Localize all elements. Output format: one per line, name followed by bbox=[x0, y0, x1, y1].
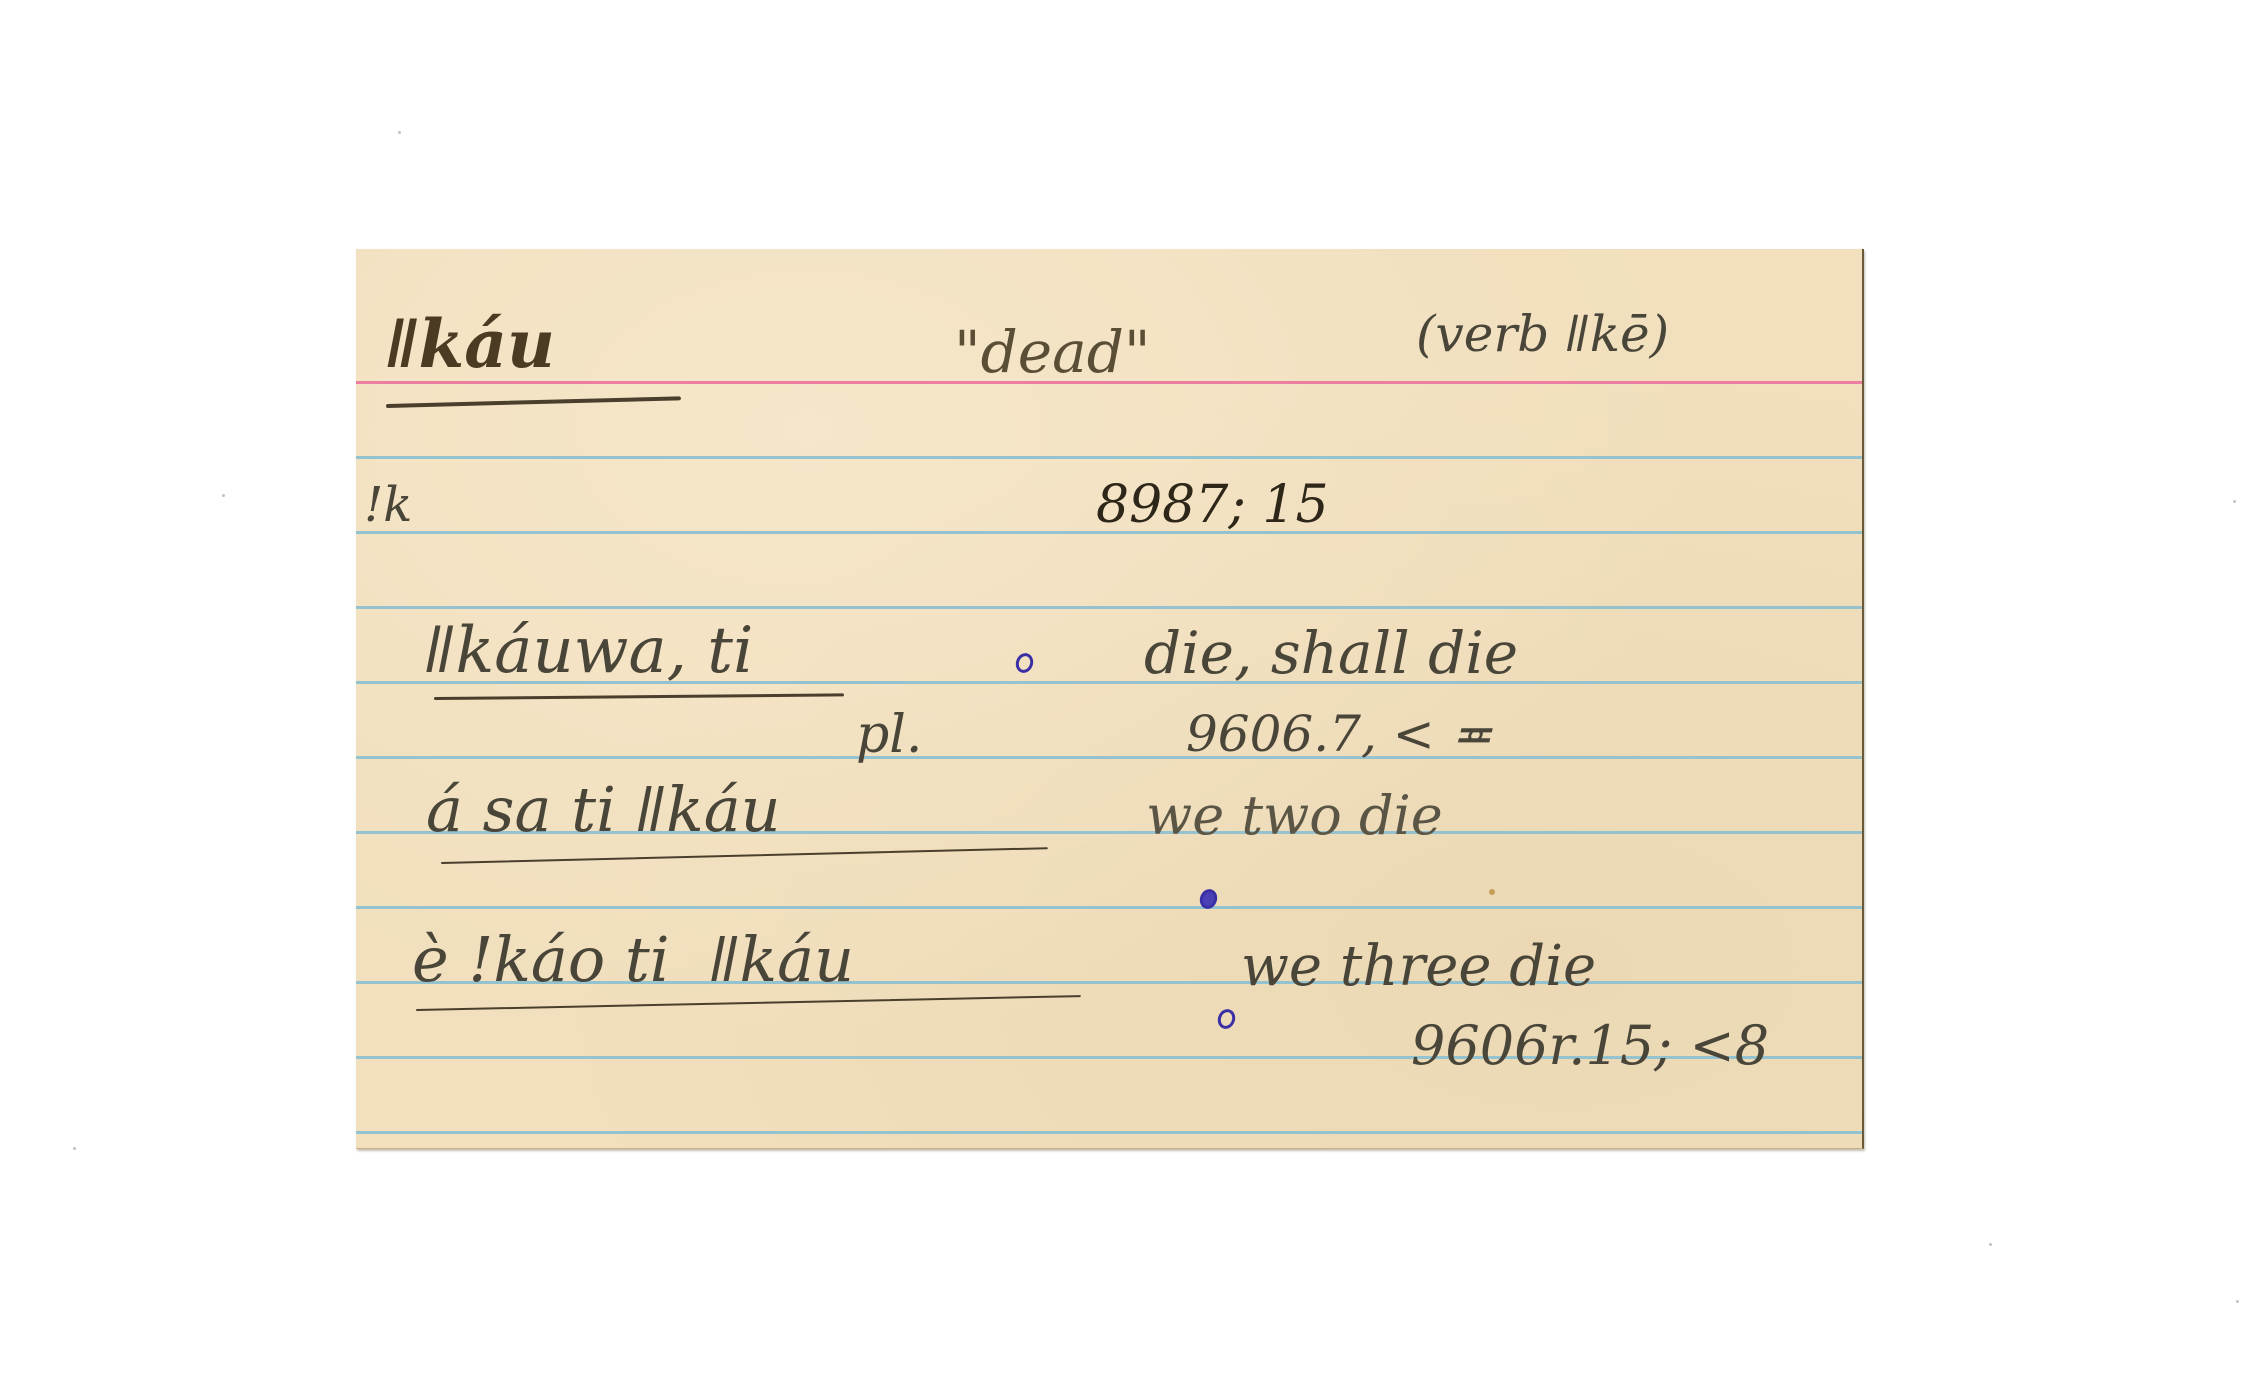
entry-3-underline bbox=[441, 847, 1048, 864]
entry-1-left: !k bbox=[364, 481, 412, 529]
blue-pencil-mark bbox=[1013, 651, 1036, 676]
entry-2-underline bbox=[434, 693, 844, 700]
headword: ǁkáu bbox=[386, 311, 555, 377]
entry-2-right: die, shall die bbox=[1144, 624, 1518, 682]
entry-2-sub-left: pl. bbox=[856, 709, 922, 761]
index-card: ǁkáu "dead" (verb ǁkē) !k 8987; 15 ǁkáuw… bbox=[356, 249, 1864, 1149]
background-speck bbox=[222, 494, 225, 497]
entry-4-underline bbox=[416, 995, 1081, 1011]
ruled-line bbox=[356, 606, 1862, 609]
ink-stain bbox=[1489, 889, 1495, 895]
ruled-line bbox=[356, 1131, 1862, 1134]
ruled-line bbox=[356, 456, 1862, 459]
background-speck bbox=[2236, 1300, 2239, 1303]
entry-2-left: ǁkáuwa, ti bbox=[424, 619, 753, 683]
entry-3-left: á sa ti ǁkáu bbox=[426, 779, 781, 841]
headword-underline bbox=[386, 396, 681, 408]
ruled-line bbox=[356, 906, 1862, 909]
background-speck bbox=[398, 131, 401, 134]
background-speck bbox=[73, 1147, 76, 1150]
background-speck bbox=[1989, 1243, 1992, 1246]
entry-3-right: we two die bbox=[1146, 789, 1443, 843]
entry-4-left: è !káo ti ǁkáu bbox=[412, 929, 854, 991]
entry-1-reference: 8987; 15 bbox=[1096, 479, 1329, 531]
background-speck bbox=[2233, 500, 2236, 503]
ruled-line bbox=[356, 756, 1862, 759]
entry-2-reference: 9606.7, < ≖ bbox=[1186, 709, 1492, 759]
blue-pencil-mark bbox=[1215, 1007, 1238, 1032]
entry-4-reference: 9606r.15; <8 bbox=[1411, 1019, 1769, 1073]
note: (verb ǁkē) bbox=[1416, 309, 1669, 359]
gloss: "dead" bbox=[954, 323, 1151, 381]
entry-4-right: we three die bbox=[1241, 939, 1596, 995]
